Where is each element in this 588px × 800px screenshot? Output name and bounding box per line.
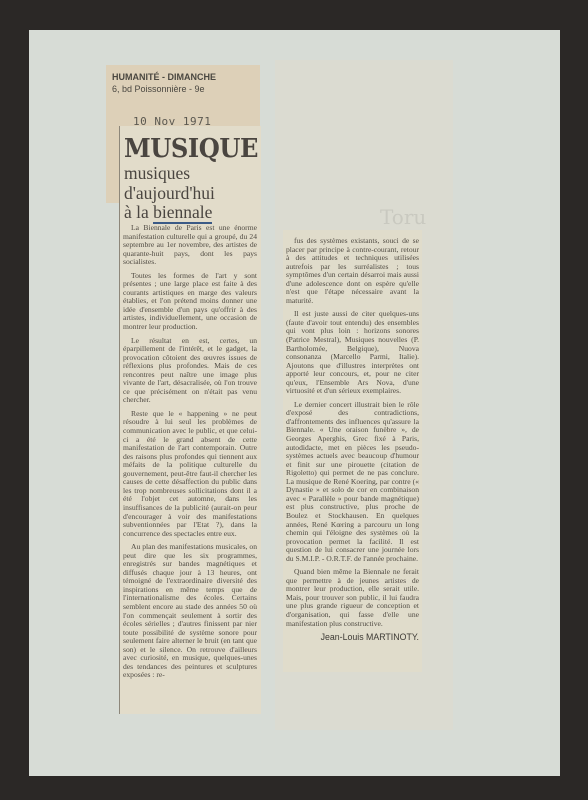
paragraph: Au plan des manifestations musicales, on… [123,543,257,680]
section-kicker: MUSIQUE [124,134,258,164]
paragraph: La Biennale de Paris est une énorme mani… [123,224,257,267]
headline-line: à la biennale [124,203,215,223]
headline-underlined-word: biennale [153,202,212,224]
article-column-right: fus des systèmes existants, souci de se … [286,237,419,642]
author-signature: Jean-Louis MARTINOTY. [286,633,419,642]
paragraph: Il est juste aussi de citer quelques-uns… [286,310,419,395]
paragraph: Toutes les formes de l'art y sont présen… [123,272,257,332]
paragraph: fus des systèmes existants, souci de se … [286,237,419,305]
paragraph: Le dernier concert illustrait bien le rô… [286,401,419,563]
article-clipping-right: fus des systèmes existants, souci de se … [283,230,422,672]
headline-line: musiques [124,164,215,184]
article-clipping-left: MUSIQUE musiques d'aujourd'hui à la bien… [119,126,261,714]
publication-name: HUMANITÉ - DIMANCHE [112,72,216,82]
headline-line: d'aujourd'hui [124,184,215,204]
headline-text: à la [124,202,153,222]
publication-address: 6, bd Poissonnière - 9e [112,84,205,94]
publication-info: HUMANITÉ - DIMANCHE 6, bd Poissonnière -… [112,71,216,95]
faded-bleed-through-text: Toru [380,205,426,229]
paragraph: Quand bien même la Biennale ne ferait qu… [286,568,419,628]
article-headline: musiques d'aujourd'hui à la biennale [124,164,215,223]
paragraph: Reste que le « happening » ne peut résou… [123,410,257,538]
paragraph: Le résultat en est, certes, un éparpille… [123,337,257,405]
article-column-left: La Biennale de Paris est une énorme mani… [123,224,257,685]
